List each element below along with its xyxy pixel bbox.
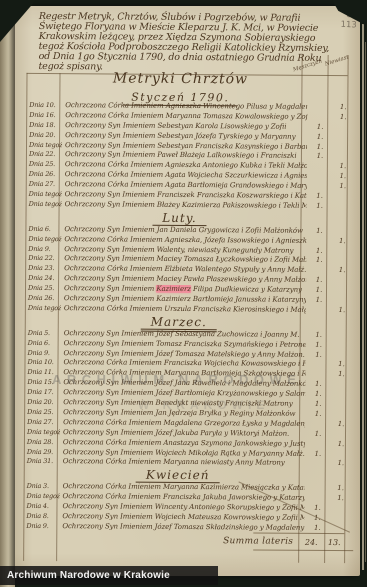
tally-male: 1. <box>307 152 333 162</box>
tally-female <box>331 450 351 460</box>
day-cell: Dnia 9. <box>23 522 59 532</box>
archive-watermark-text: Archiwum Narodowe w Krakowie <box>7 570 170 581</box>
day-cell: Dnia tegoż <box>26 200 62 210</box>
tally-male <box>305 439 331 449</box>
ghost-watermark-line1: ARCHIWUM NARODOWE <box>52 372 301 387</box>
tally-male: 1. <box>307 142 333 152</box>
tally-male: 1. <box>306 256 332 266</box>
pink-marker-sticker: Kazimierz <box>156 285 191 293</box>
summa-male-total: 24. <box>298 538 324 547</box>
summa-bottom-rule <box>253 549 353 551</box>
day-cell: Dnia 20. <box>24 398 60 408</box>
day-cell: Dnia 10. <box>26 101 62 111</box>
tally-male <box>305 360 331 370</box>
day-cell: Dnia tegoż <box>25 235 61 245</box>
day-cell: Dnia 23. <box>25 264 61 274</box>
day-cell: Dnia 6. <box>25 339 61 349</box>
tally-male: 1. <box>307 133 333 143</box>
month-header: Marzec. <box>58 314 300 331</box>
entry-text: Ochrzczony Syn Imieniem Błażey Kazimierz… <box>62 200 307 212</box>
tally-female: 1. <box>332 306 352 316</box>
tally-female <box>331 390 351 400</box>
tally-male: 1. <box>307 123 333 133</box>
tally-female: 1. <box>333 103 353 113</box>
tally-male <box>307 113 333 123</box>
table-row: Dnia 9.Ochrzczony Syn Imieniem Józef Tom… <box>23 522 344 534</box>
tally-female: 1. <box>333 172 353 182</box>
tally-female <box>332 286 352 296</box>
tally-female <box>332 296 352 306</box>
tally-female: 1. <box>333 162 353 172</box>
day-cell: Dnia 26. <box>26 170 62 180</box>
day-cell: Dnia tegoż <box>24 428 60 438</box>
day-cell: Dnia 17. <box>24 388 60 398</box>
tally-female: 1. <box>331 440 351 450</box>
tally-male: 1. <box>306 246 332 256</box>
tally-male: 1. <box>305 430 331 440</box>
month-label: Luty. <box>152 211 207 226</box>
book-page-edge-2 <box>365 42 366 562</box>
day-cell: Dnia tegoż <box>26 140 62 150</box>
tally-male: 1. <box>304 504 330 514</box>
tally-female: 1. <box>331 360 351 370</box>
tally-male <box>306 266 332 276</box>
day-cell: Dnia tegoż <box>26 190 62 200</box>
day-cell: Dnia 22. <box>26 150 62 160</box>
tally-female: 1. <box>333 182 353 192</box>
tally-male <box>305 494 331 504</box>
tally-male: 1. <box>306 341 332 351</box>
tally-female <box>332 351 352 361</box>
tally-female: 1. <box>331 484 351 494</box>
tally-female <box>333 143 353 153</box>
tally-male: 1. <box>305 380 331 390</box>
tally-male <box>307 172 333 182</box>
tally-male <box>305 484 331 494</box>
tally-female: 1. <box>331 494 351 504</box>
archive-watermark-bar: Archiwum Narodowe w Krakowie <box>0 566 218 585</box>
tally-male <box>306 306 332 316</box>
tally-female <box>332 227 352 237</box>
tally-female <box>331 380 351 390</box>
tally-male: 1. <box>305 449 331 459</box>
tally-male: 1. <box>306 296 332 306</box>
tally-female: 1. <box>333 113 353 123</box>
tally-male: 1. <box>305 390 331 400</box>
day-cell: Dnia 6. <box>25 225 61 235</box>
tally-male: 1. <box>305 400 331 410</box>
tally-female <box>331 410 351 420</box>
tally-female <box>332 276 352 286</box>
ghost-watermark-line2: W KRAKOWIE <box>138 398 269 412</box>
day-cell: Dnia 5. <box>25 329 61 339</box>
page-content: 8 113 Regestr Metryk, Chrztów, Ślubów i … <box>13 5 362 577</box>
tally-male <box>305 370 331 380</box>
baptism-entries-table: Dnia 10.Ochrzczona Córka Imieniem Agnies… <box>23 101 347 534</box>
day-cell: Dnia 26. <box>25 294 61 304</box>
tally-male <box>305 420 331 430</box>
tally-female <box>333 133 353 143</box>
tally-female: 1. <box>331 370 351 380</box>
tally-female <box>330 504 350 514</box>
tally-female <box>331 430 351 440</box>
day-cell: Dnia 22. <box>25 254 61 264</box>
tally-female <box>332 256 352 266</box>
archival-scan: { "colors": { "background": "#141b14", "… <box>0 0 367 587</box>
day-cell: Dnia 8. <box>23 512 59 522</box>
tally-male <box>307 182 333 192</box>
tally-female: 1. <box>332 266 352 276</box>
day-cell: Dnia tegoż <box>24 492 60 502</box>
tally-female <box>333 152 353 162</box>
tally-female <box>332 247 352 257</box>
day-cell: Dnia 27. <box>26 180 62 190</box>
tally-female <box>333 202 353 212</box>
day-cell: Dnia tegoż <box>25 304 61 314</box>
tally-female: 1. <box>332 237 352 247</box>
tally-female <box>333 192 353 202</box>
day-cell: Dnia 3. <box>24 482 60 492</box>
day-cell: Dnia 31. <box>24 457 60 467</box>
tally-female: 1. <box>331 459 351 469</box>
day-cell: Dnia 4. <box>23 502 59 512</box>
tally-male: 1. <box>304 514 330 524</box>
entry-text: Ochrzczony Syn Imieniem Józef Tomasza Sk… <box>59 522 304 534</box>
day-cell: Dnia 25. <box>25 284 61 294</box>
tally-female <box>333 123 353 133</box>
tally-female <box>332 341 352 351</box>
tally-male: 1. <box>306 276 332 286</box>
book-page-edge-1 <box>362 24 364 570</box>
tally-male <box>306 237 332 247</box>
day-cell: Dnia 25. <box>26 160 62 170</box>
tally-male <box>307 103 333 113</box>
day-cell: Dnia 29. <box>24 447 60 457</box>
tally-female <box>330 514 350 524</box>
tally-female <box>332 331 352 341</box>
day-cell: Dnia 28. <box>24 437 60 447</box>
tally-male: 1. <box>306 331 332 341</box>
tally-female <box>330 524 350 534</box>
tally-male: 1. <box>307 202 333 212</box>
tally-male: 1. <box>305 410 331 420</box>
day-cell: Dnia 10. <box>24 358 60 368</box>
register-header-paragraph: Regestr Metryk, Chrztów, Ślubów i Pogrze… <box>39 12 341 74</box>
month-label: Kwiecień <box>136 468 220 484</box>
register-page: 8 113 Regestr Metryk, Chrztów, Ślubów i … <box>15 6 360 576</box>
day-cell: Dnia 9. <box>25 244 61 254</box>
day-cell: Dnia 24. <box>25 274 61 284</box>
day-cell: Dnia 16. <box>26 111 62 121</box>
summa-lateris-label: Summa lateris <box>131 536 293 547</box>
day-cell: Dnia 27. <box>24 418 60 428</box>
tally-female <box>331 400 351 410</box>
tally-male: 1. <box>307 192 333 202</box>
tally-male <box>305 459 331 469</box>
month-header: Luty. <box>58 210 300 227</box>
day-cell: Dnia 9. <box>25 348 61 358</box>
month-header: Kwiecień <box>57 467 299 484</box>
tally-male: 1. <box>306 350 332 360</box>
entry-text: Ochrzczona Córka Imieniem Urszula Franci… <box>61 304 306 316</box>
summa-female-total: 13. <box>324 538 344 547</box>
tally-male: 1. <box>306 286 332 296</box>
day-cell: Dnia 20. <box>26 131 62 141</box>
day-cell: Dnia 18. <box>26 121 62 131</box>
day-cell: Dnia 25. <box>24 408 60 418</box>
tally-male: 1. <box>306 227 332 237</box>
tally-female: 1. <box>331 420 351 430</box>
tally-male: 1. <box>304 524 330 534</box>
tally-male <box>307 162 333 172</box>
